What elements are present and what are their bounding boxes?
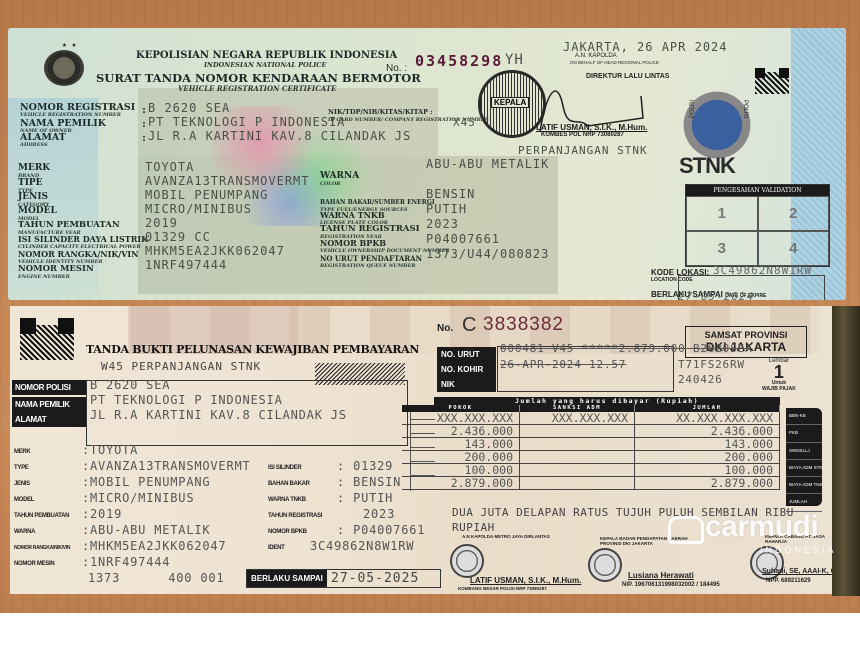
footer-code: 1373 400 001 (88, 571, 224, 585)
engine-number: 1NRF497444 (145, 258, 227, 272)
receipt-subtitle: W45 PERPANJANGAN STNK (101, 360, 261, 373)
nik-value: X45 (453, 116, 476, 129)
nik-code: 240426 (678, 373, 723, 386)
color: :ABU-ABU METALIK (82, 523, 210, 537)
registration-year: 2023 (426, 217, 459, 231)
payment-row-label: PKB (786, 425, 822, 442)
bpkb-number: P04007661 (426, 232, 500, 246)
color: ABU-ABU METALIK (426, 157, 549, 171)
category: :MOBIL PENUMPANG (82, 475, 210, 489)
stnk-logo-text: STNK (679, 153, 735, 179)
sheet-indicator: Lembar 1 Untuk WAJIB PAJAK (762, 358, 796, 392)
cylinder: : 01329 (337, 459, 393, 473)
document-title: SURAT TANDA NOMOR KENDARAAN BERMOTOR (96, 71, 421, 85)
payment-row: 143.000143.000 (402, 438, 780, 451)
brand: TOYOTA (145, 160, 194, 174)
bpkb-number: : P04007661 (337, 523, 425, 537)
plate-color: : PUTIH (337, 491, 393, 505)
signatory-rank: KOMBES POL NRP 73080287 (541, 132, 624, 138)
payment-columns: POKOK SANKSI ADM JUMLAH (402, 405, 780, 412)
serial-suffix: YH (505, 52, 524, 68)
plate-number: B 2620 SEA (90, 378, 170, 392)
model: :MICRO/MINIBUS (82, 491, 194, 505)
engine-number: :1NRF497444 (82, 555, 170, 569)
carmudi-logo-icon (668, 516, 704, 544)
serial-number: 03458298 (415, 52, 503, 70)
owner-name: PT TEKNOLOGI P INDONESIA (148, 115, 345, 129)
fuel: : BENSIN (337, 475, 401, 489)
brand: :TOYOTA (82, 443, 138, 457)
receipt-number: 3838382 (483, 314, 564, 336)
registration-year: 2023 (363, 507, 395, 521)
kohir-date: 26-APR-2024 12.57 (500, 358, 626, 371)
agency-title-en: INDONESIAN NATIONAL POLICE (204, 61, 326, 69)
qr-code (20, 318, 74, 372)
jakarta-seal-icon (588, 548, 622, 582)
payment-header: Jumlah yang harus dibayar (Rupiah) (434, 397, 780, 405)
validation-grid: PENGESAHAN VALIDATION 1 2 3 4 (685, 184, 830, 267)
payment-row-label: SWDKLLJ (786, 443, 822, 460)
serial-label: No. : (386, 64, 407, 73)
address: JL R.A KARTINI KAV.8 CILANDAK JS (148, 129, 411, 143)
police-emblem-icon (44, 50, 84, 86)
manufacture-year: :2019 (82, 507, 122, 521)
watermark-region: INDONESIA (760, 545, 837, 555)
fuel-type: BENSIN (426, 187, 475, 201)
type: :AVANZA13TRANSMOVERMT (82, 459, 251, 473)
payment-row: 2.436.0002.436.000 (402, 425, 780, 438)
payment-row-label: BIAYA ADM TNKB (786, 477, 822, 494)
kohir-code: T71FS26RW (678, 358, 745, 371)
issue-place-date: JAKARTA, 26 APR 2024 (563, 40, 728, 54)
watermark-brand: carmudi (705, 510, 818, 544)
valid-until: BERLAKU SAMPAI 27-05-2025 (246, 569, 441, 588)
vin: MHKM5EA2JKK062047 (145, 244, 285, 258)
receipt-title: TANDA BUKTI PELUNASAN KEWAJIBAN PEMBAYAR… (86, 343, 419, 356)
registration-number: B 2620 SEA (148, 101, 230, 115)
payment-row-labels: BBN-KBPKBSWDKLLJBIAYA ADM STNKBIAYA ADM … (786, 408, 822, 506)
model: MICRO/MINIBUS (145, 202, 252, 216)
payment-row: 100.000100.000 (402, 464, 780, 477)
service-type: PERPANJANGAN STNK (518, 144, 648, 157)
cylinder-capacity: 01329 CC (145, 230, 211, 244)
police-seal-icon (450, 544, 484, 578)
manufacture-year: 2019 (145, 216, 178, 230)
payment-row: 2.879.0002.879.000 (402, 477, 780, 490)
validation-cell-4: 4 (758, 231, 830, 266)
type: AVANZA13TRANSMOVERMT (145, 174, 310, 188)
address: JL R.A KARTINI KAV.8 CILANDAK JS (90, 408, 347, 422)
signatory-name: LATIF USMAN, S.I.K., M.Hum. (536, 123, 647, 132)
validation-cell-2: 2 (758, 196, 830, 231)
registration-queue-number: 1373/U44/080823 (426, 247, 549, 261)
ident: 3C49862N8W1RW (310, 539, 414, 553)
payment-table: XXX.XXX.XXXXXX.XXX.XXXXX.XXX.XXX.XXX2.43… (402, 412, 780, 490)
queue-number: 000481 V45 *****2.879.000 B2620SEA (500, 342, 752, 355)
qr-code (755, 68, 789, 102)
validation-cell-3: 3 (686, 231, 758, 266)
document-title-en: VEHICLE REGISTRATION CERTIFICATE (178, 84, 336, 93)
label-registration-number: NOMOR REGISTRASIVEHICLE REGISTRATION NUM… (20, 103, 135, 118)
payment-row-label: BIAYA ADM STNK (786, 460, 822, 477)
stnk-card: ★ ★ ★ KEPOLISIAN NEGARA REPUBLIK INDONES… (8, 28, 846, 300)
agency-title: KEPOLISIAN NEGARA REPUBLIK INDONESIA (136, 50, 397, 61)
payment-receipt: TANDA BUKTI PELUNASAN KEWAJIBAN PEMBAYAR… (10, 306, 832, 594)
payment-row: 200.000200.000 (402, 451, 780, 464)
payment-row: XXX.XXX.XXXXXX.XXX.XXXXX.XXX.XXX.XXX (402, 412, 780, 425)
vin: :MHKM5EA2JKK062047 (82, 539, 226, 553)
payment-row-label: BBN-KB (786, 408, 822, 425)
label-address: ALAMATADDRESS (20, 133, 66, 148)
owner-name: PT TEKNOLOGI P INDONESIA (90, 393, 283, 407)
plate-color: PUTIH (426, 202, 467, 216)
validation-cell-1: 1 (686, 196, 758, 231)
receipt-series: C (462, 314, 476, 337)
category: MOBIL PENUMPANG (145, 188, 268, 202)
